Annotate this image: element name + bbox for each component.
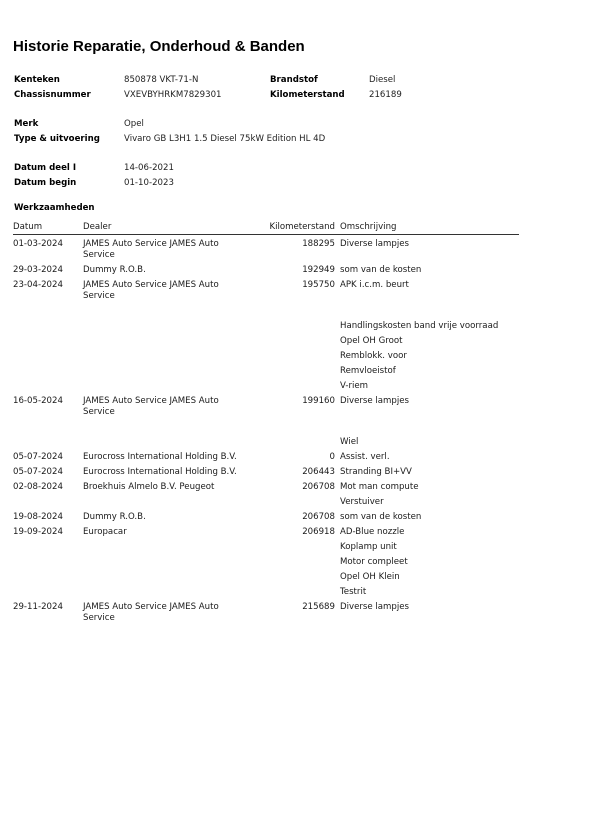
cell-kilometerstand-empty — [243, 302, 340, 317]
cell-dealer-empty — [83, 362, 243, 377]
cell-omschrijving: som van de kosten — [340, 508, 519, 523]
cell-dealer-empty — [83, 377, 243, 392]
cell-omschrijving: Handlingskosten band vrije voorraad — [340, 317, 519, 332]
cell-datum-empty — [13, 377, 83, 392]
col-kilometerstand: Kilometerstand — [243, 221, 340, 235]
table-row-item — [13, 302, 519, 317]
datum-deel-label: Datum deel I — [14, 161, 124, 176]
table-row-item: Motor compleet — [13, 553, 519, 568]
table-row: 23-04-2024JAMES Auto Service JAMES Auto … — [13, 276, 519, 302]
table-row: 01-03-2024JAMES Auto Service JAMES Auto … — [13, 235, 519, 262]
table-row-item: Verstuiver — [13, 493, 519, 508]
table-row-item: Testrit — [13, 583, 519, 598]
cell-dealer: JAMES Auto Service JAMES Auto Service — [83, 235, 243, 262]
vehicle-model-block: MerkOpel Type & uitvoeringVivaro GB L3H1… — [14, 117, 325, 147]
cell-datum-empty — [13, 538, 83, 553]
cell-omschrijving: Opel OH Groot — [340, 332, 519, 347]
merk-label: Merk — [14, 117, 124, 132]
cell-kilometerstand-empty — [243, 418, 340, 433]
cell-dealer: Broekhuis Almelo B.V. Peugeot — [83, 478, 243, 493]
cell-datum-empty — [13, 493, 83, 508]
table-row: 19-08-2024Dummy R.O.B.206708som van de k… — [13, 508, 519, 523]
cell-kilometerstand: 206708 — [243, 508, 340, 523]
cell-omschrijving: Diverse lampjes — [340, 235, 519, 262]
cell-datum-empty — [13, 347, 83, 362]
cell-kilometerstand-empty — [243, 493, 340, 508]
cell-dealer-empty — [83, 553, 243, 568]
cell-dealer-empty — [83, 538, 243, 553]
cell-datum-empty — [13, 433, 83, 448]
cell-datum: 19-09-2024 — [13, 523, 83, 538]
table-row: 19-09-2024Europacar206918AD-Blue nozzle — [13, 523, 519, 538]
cell-dealer-empty — [83, 418, 243, 433]
cell-omschrijving: Opel OH Klein — [340, 568, 519, 583]
cell-dealer-empty — [83, 568, 243, 583]
cell-dealer: JAMES Auto Service JAMES Auto Service — [83, 276, 243, 302]
cell-dealer: Eurocross International Holding B.V. — [83, 448, 243, 463]
table-row: 02-08-2024Broekhuis Almelo B.V. Peugeot2… — [13, 478, 519, 493]
cell-omschrijving: Wiel — [340, 433, 519, 448]
cell-dealer: JAMES Auto Service JAMES Auto Service — [83, 598, 243, 624]
table-row-item: Remvloeistof — [13, 362, 519, 377]
table-row-item: Koplamp unit — [13, 538, 519, 553]
cell-omschrijving: Mot man compute — [340, 478, 519, 493]
cell-kilometerstand: 206918 — [243, 523, 340, 538]
cell-kilometerstand: 0 — [243, 448, 340, 463]
table-row: 29-11-2024JAMES Auto Service JAMES Auto … — [13, 598, 519, 624]
cell-dealer-empty — [83, 347, 243, 362]
cell-datum-empty — [13, 553, 83, 568]
table-row: 05-07-2024Eurocross International Holdin… — [13, 448, 519, 463]
cell-omschrijving — [340, 302, 519, 317]
cell-omschrijving: Motor compleet — [340, 553, 519, 568]
datum-begin-label: Datum begin — [14, 176, 124, 191]
cell-kilometerstand: 206708 — [243, 478, 340, 493]
cell-datum-empty — [13, 332, 83, 347]
cell-dealer-empty — [83, 433, 243, 448]
cell-dealer-empty — [83, 493, 243, 508]
cell-datum: 29-11-2024 — [13, 598, 83, 624]
werkzaamheden-heading: Werkzaamheden — [14, 203, 95, 213]
cell-datum-empty — [13, 568, 83, 583]
cell-datum: 01-03-2024 — [13, 235, 83, 262]
cell-kilometerstand-empty — [243, 538, 340, 553]
cell-omschrijving: V-riem — [340, 377, 519, 392]
cell-kilometerstand: 192949 — [243, 261, 340, 276]
col-omschrijving: Omschrijving — [340, 221, 519, 235]
table-row-item: Wiel — [13, 433, 519, 448]
cell-kilometerstand: 206443 — [243, 463, 340, 478]
brandstof-value: Diesel — [369, 73, 395, 88]
cell-dealer: JAMES Auto Service JAMES Auto Service — [83, 392, 243, 418]
table-body: 01-03-2024JAMES Auto Service JAMES Auto … — [13, 235, 519, 625]
table-row: 16-05-2024JAMES Auto Service JAMES Auto … — [13, 392, 519, 418]
cell-datum-empty — [13, 302, 83, 317]
cell-omschrijving: AD-Blue nozzle — [340, 523, 519, 538]
kilometerstand-label: Kilometerstand — [270, 88, 369, 103]
cell-datum: 23-04-2024 — [13, 276, 83, 302]
cell-omschrijving: som van de kosten — [340, 261, 519, 276]
cell-omschrijving: Stranding BI+VV — [340, 463, 519, 478]
cell-kilometerstand-empty — [243, 347, 340, 362]
cell-omschrijving: Diverse lampjes — [340, 392, 519, 418]
vehicle-dates-block: Datum deel I14-06-2021 Datum begin01-10-… — [14, 161, 174, 191]
datum-deel-value: 14-06-2021 — [124, 161, 174, 176]
cell-dealer: Dummy R.O.B. — [83, 261, 243, 276]
cell-kilometerstand-empty — [243, 377, 340, 392]
table-row: 29-03-2024Dummy R.O.B.192949som van de k… — [13, 261, 519, 276]
cell-datum: 19-08-2024 — [13, 508, 83, 523]
vehicle-id-block: Kenteken850878 VKT-71-N ChassisnummerVXE… — [14, 73, 222, 103]
cell-datum-empty — [13, 317, 83, 332]
cell-dealer-empty — [83, 332, 243, 347]
cell-kilometerstand: 215689 — [243, 598, 340, 624]
brandstof-label: Brandstof — [270, 73, 369, 88]
cell-kilometerstand: 188295 — [243, 235, 340, 262]
cell-datum: 29-03-2024 — [13, 261, 83, 276]
merk-value: Opel — [124, 117, 144, 132]
cell-datum: 16-05-2024 — [13, 392, 83, 418]
page-title: Historie Reparatie, Onderhoud & Banden — [13, 38, 305, 55]
cell-omschrijving — [340, 418, 519, 433]
kenteken-label: Kenteken — [14, 73, 124, 88]
cell-datum-empty — [13, 362, 83, 377]
cell-datum: 02-08-2024 — [13, 478, 83, 493]
chassis-label: Chassisnummer — [14, 88, 124, 103]
cell-kilometerstand-empty — [243, 553, 340, 568]
cell-kilometerstand-empty — [243, 362, 340, 377]
werkzaamheden-table: Datum Dealer Kilometerstand Omschrijving… — [13, 221, 519, 624]
cell-kilometerstand-empty — [243, 433, 340, 448]
cell-kilometerstand-empty — [243, 583, 340, 598]
cell-omschrijving: APK i.c.m. beurt — [340, 276, 519, 302]
cell-datum: 05-07-2024 — [13, 448, 83, 463]
cell-omschrijving: Remvloeistof — [340, 362, 519, 377]
table-row-item: V-riem — [13, 377, 519, 392]
vehicle-fuel-block: BrandstofDiesel Kilometerstand216189 — [270, 73, 402, 103]
cell-omschrijving: Diverse lampjes — [340, 598, 519, 624]
cell-datum-empty — [13, 583, 83, 598]
cell-dealer: Europacar — [83, 523, 243, 538]
table-row-item: Opel OH Groot — [13, 332, 519, 347]
cell-datum-empty — [13, 418, 83, 433]
cell-kilometerstand: 195750 — [243, 276, 340, 302]
cell-omschrijving: Testrit — [340, 583, 519, 598]
cell-kilometerstand-empty — [243, 332, 340, 347]
cell-kilometerstand-empty — [243, 568, 340, 583]
table-row-item: Remblokk. voor — [13, 347, 519, 362]
cell-omschrijving: Assist. verl. — [340, 448, 519, 463]
datum-begin-value: 01-10-2023 — [124, 176, 174, 191]
kilometerstand-value: 216189 — [369, 88, 402, 103]
table-row: 05-07-2024Eurocross International Holdin… — [13, 463, 519, 478]
cell-dealer-empty — [83, 302, 243, 317]
table-row-item — [13, 418, 519, 433]
cell-dealer-empty — [83, 583, 243, 598]
kenteken-value: 850878 VKT-71-N — [124, 73, 198, 88]
cell-datum: 05-07-2024 — [13, 463, 83, 478]
cell-omschrijving: Koplamp unit — [340, 538, 519, 553]
table-row-item: Handlingskosten band vrije voorraad — [13, 317, 519, 332]
table-header-row: Datum Dealer Kilometerstand Omschrijving — [13, 221, 519, 235]
cell-dealer: Eurocross International Holding B.V. — [83, 463, 243, 478]
cell-dealer: Dummy R.O.B. — [83, 508, 243, 523]
col-datum: Datum — [13, 221, 83, 235]
cell-dealer-empty — [83, 317, 243, 332]
cell-kilometerstand: 199160 — [243, 392, 340, 418]
cell-omschrijving: Verstuiver — [340, 493, 519, 508]
cell-kilometerstand-empty — [243, 317, 340, 332]
col-dealer: Dealer — [83, 221, 243, 235]
cell-omschrijving: Remblokk. voor — [340, 347, 519, 362]
chassis-value: VXEVBYHRKM7829301 — [124, 88, 222, 103]
table-row-item: Opel OH Klein — [13, 568, 519, 583]
type-value: Vivaro GB L3H1 1.5 Diesel 75kW Edition H… — [124, 132, 325, 147]
type-label: Type & uitvoering — [14, 132, 124, 147]
